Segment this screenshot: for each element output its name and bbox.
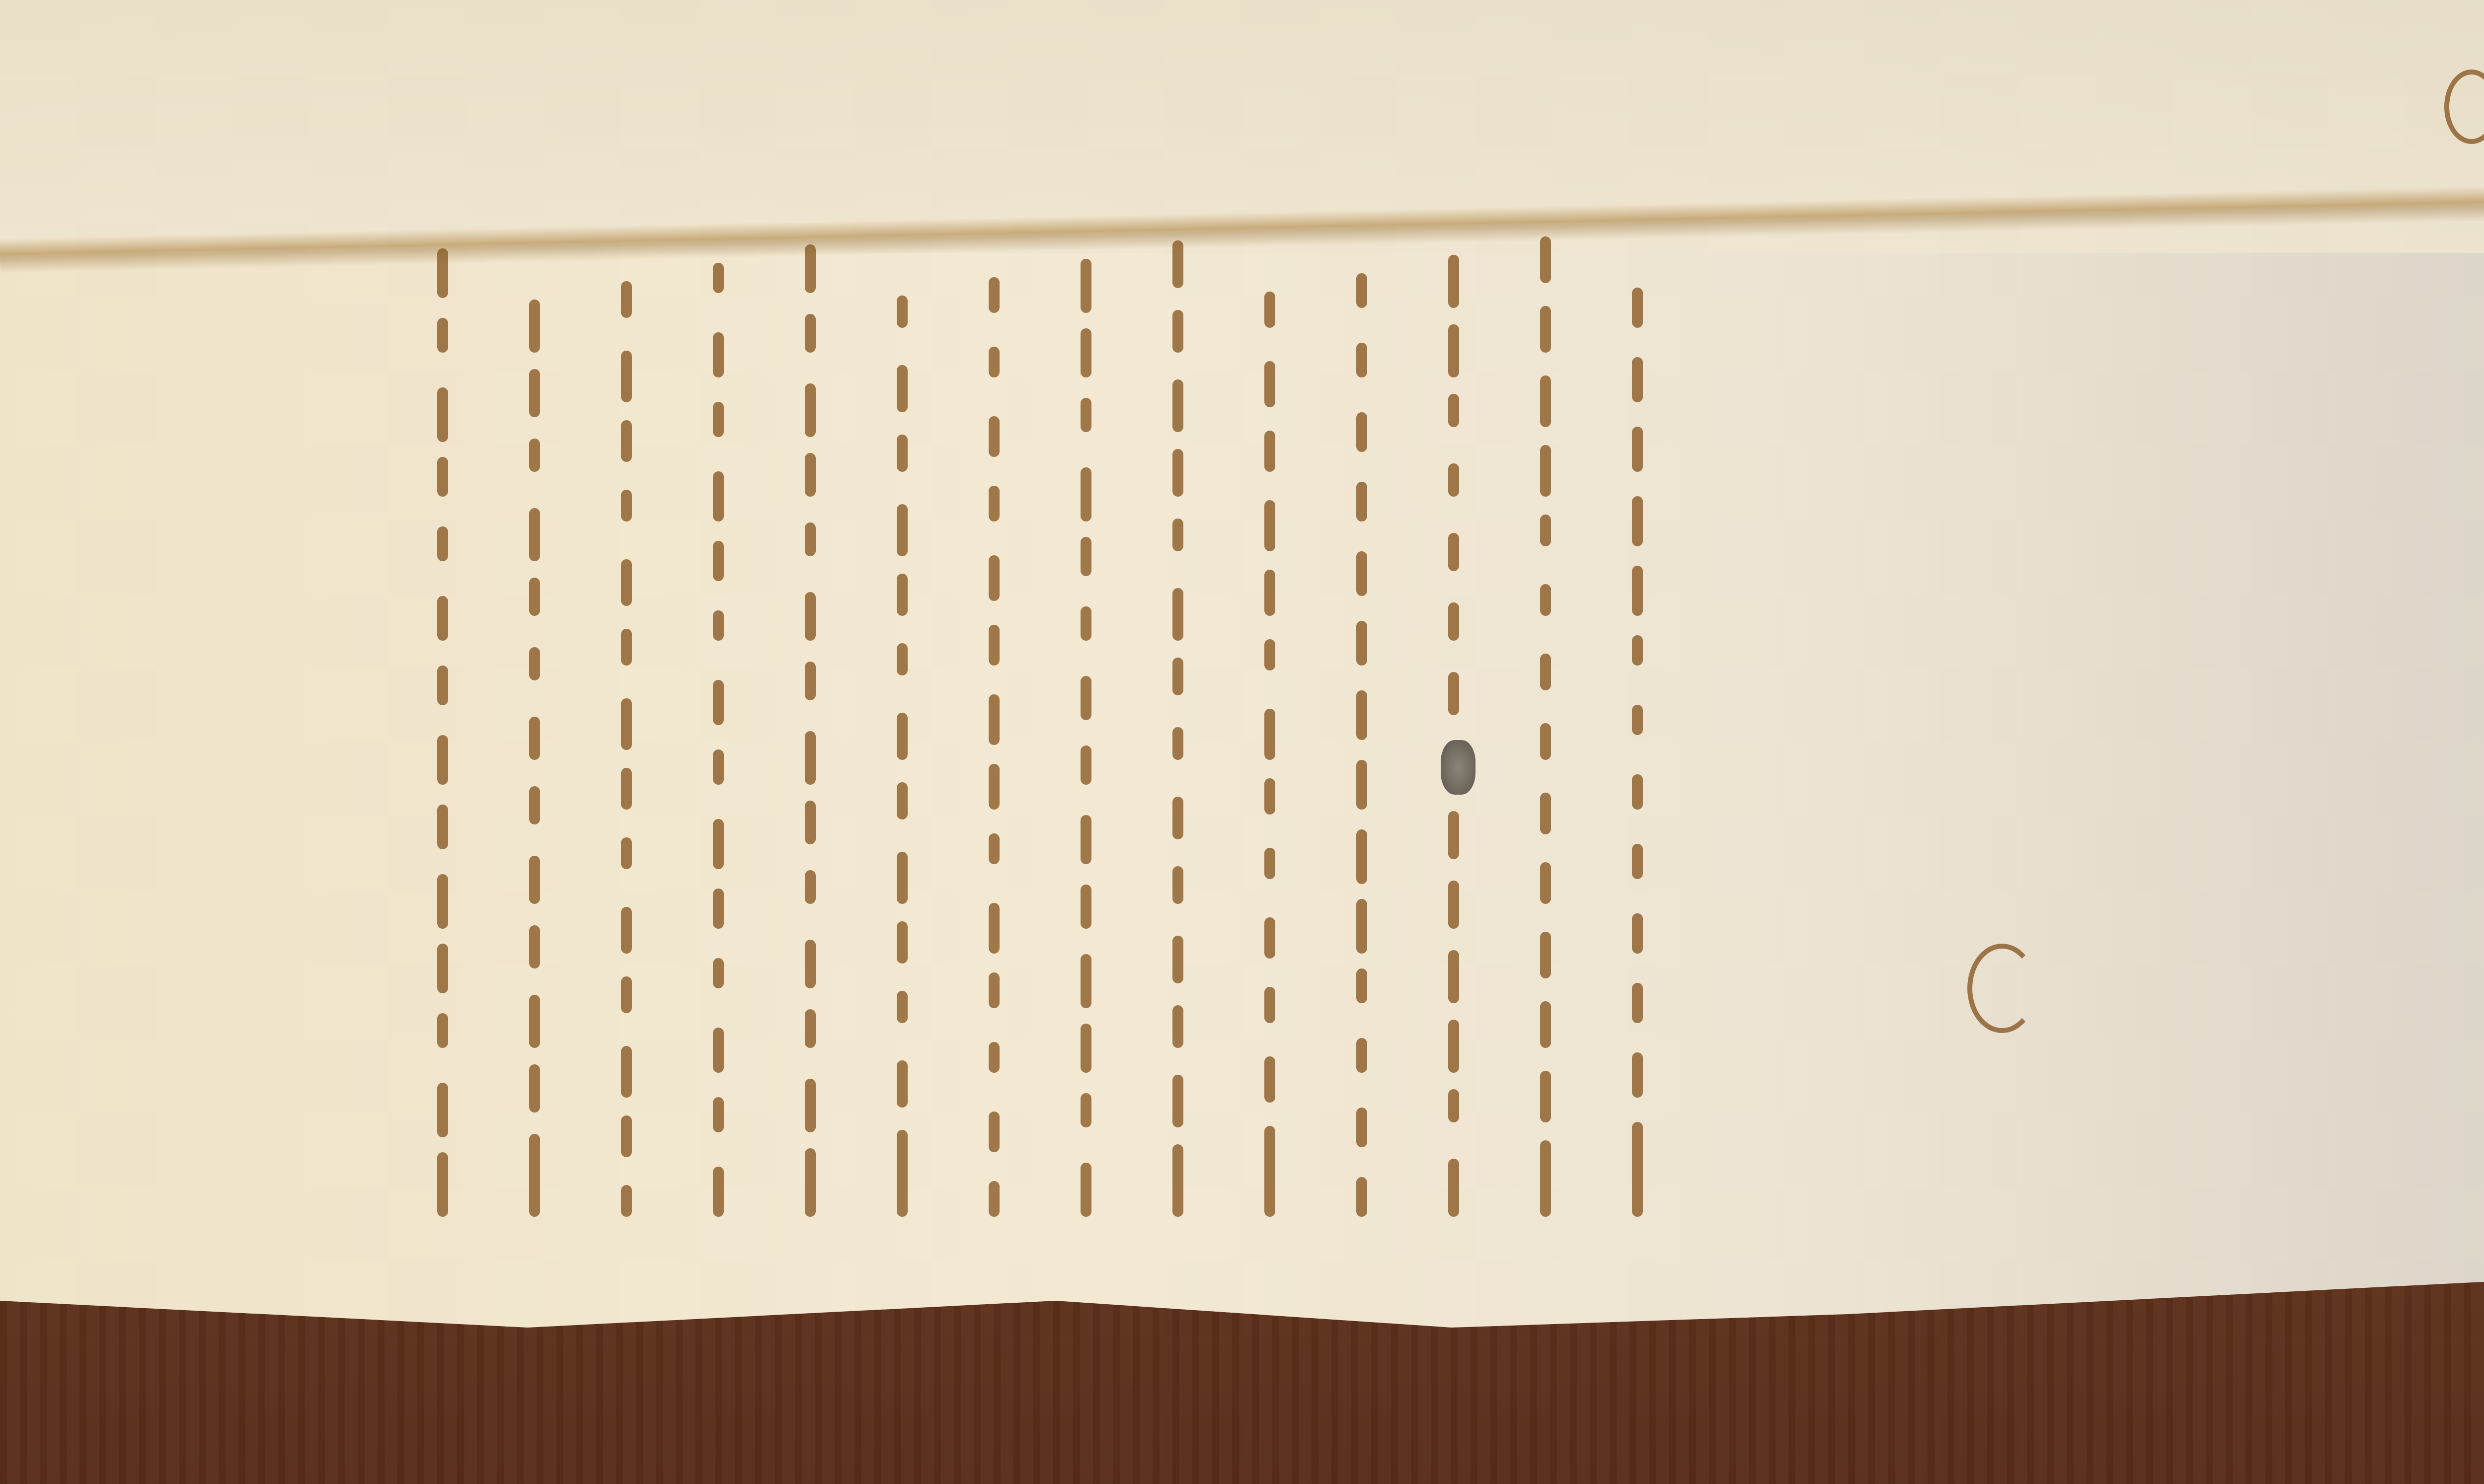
ink-stroke	[1540, 1001, 1551, 1048]
ink-stroke	[713, 332, 724, 377]
ink-stroke	[897, 296, 908, 328]
ink-stroke	[1264, 987, 1275, 1023]
ink-stroke	[529, 995, 540, 1048]
ink-stroke	[1448, 1020, 1459, 1073]
ink-stroke	[1172, 1005, 1183, 1048]
ink-stroke	[1356, 1108, 1367, 1147]
ink-stroke	[1448, 950, 1459, 1003]
ink-stroke	[529, 856, 540, 904]
ink-stroke	[1356, 412, 1367, 452]
ink-stroke	[1632, 983, 1643, 1023]
ink-stroke	[1264, 361, 1275, 407]
ink-stroke	[1356, 829, 1367, 884]
ink-stroke	[621, 629, 632, 666]
ink-stroke	[805, 244, 816, 293]
ink-stroke	[1632, 705, 1643, 735]
ink-stroke	[897, 713, 908, 760]
ink-stroke	[1632, 844, 1643, 879]
ink-stroke	[713, 889, 724, 929]
ink-stroke	[437, 805, 448, 849]
ink-stroke	[897, 1060, 908, 1108]
ink-stroke	[437, 1083, 448, 1137]
ink-stroke	[1540, 654, 1551, 690]
ink-stroke	[897, 782, 908, 819]
ink-stroke	[1448, 672, 1459, 715]
ink-stroke	[1081, 885, 1091, 929]
ink-stroke	[1081, 537, 1091, 576]
ink-stroke	[1172, 797, 1183, 839]
ink-stroke	[897, 1130, 908, 1217]
ink-stroke	[713, 1167, 724, 1217]
ink-stroke	[989, 1042, 1000, 1073]
ink-stroke	[621, 1115, 632, 1157]
ink-stroke	[989, 1112, 1000, 1152]
ink-stroke	[1632, 774, 1643, 810]
ink-stroke	[1081, 815, 1091, 864]
ink-stroke	[437, 387, 448, 442]
ink-stroke	[1448, 1089, 1459, 1122]
ink-stroke	[1264, 1056, 1275, 1103]
ink-stroke	[529, 786, 540, 824]
ink-stroke	[437, 1013, 448, 1048]
ink-stroke	[989, 416, 1000, 457]
ink-stroke	[713, 610, 724, 641]
ink-stroke	[529, 578, 540, 616]
ink-stroke	[529, 1064, 540, 1113]
ink-stroke	[897, 365, 908, 412]
ink-stroke	[1081, 676, 1091, 720]
ink-stroke	[621, 351, 632, 402]
ink-stroke	[1632, 566, 1643, 616]
ink-stroke	[897, 852, 908, 904]
ink-stroke	[805, 383, 816, 437]
ink-stroke	[1264, 709, 1275, 760]
ink-stroke	[621, 1046, 632, 1098]
ink-stroke	[621, 907, 632, 954]
ink-stroke	[805, 731, 816, 785]
ink-stroke	[1632, 288, 1643, 328]
ink-stroke	[989, 833, 1000, 864]
ink-stroke	[1356, 1038, 1367, 1073]
ink-stroke	[621, 1185, 632, 1217]
ink-stroke	[897, 435, 908, 472]
ink-stroke	[1632, 1052, 1643, 1098]
ink-stroke	[1172, 588, 1183, 641]
ink-stroke	[989, 764, 1000, 810]
ink-stroke	[1632, 635, 1643, 666]
ink-stroke	[621, 281, 632, 318]
ink-stroke	[1264, 292, 1275, 328]
ink-stroke	[437, 874, 448, 929]
ink-stroke	[989, 972, 1000, 1008]
ink-stroke	[1264, 500, 1275, 551]
ink-stroke	[621, 976, 632, 1013]
ink-stroke	[1448, 602, 1459, 641]
ink-stroke	[437, 248, 448, 298]
ink-stroke	[529, 299, 540, 353]
ink-stroke	[529, 369, 540, 417]
ink-stroke	[897, 921, 908, 964]
ink-stroke	[897, 504, 908, 556]
ink-stroke	[713, 263, 724, 293]
ink-stroke	[897, 643, 908, 675]
ink-stroke	[989, 277, 1000, 313]
ink-stroke	[1448, 533, 1459, 571]
ink-stroke	[713, 819, 724, 869]
ink-stroke	[1448, 324, 1459, 377]
ink-stroke	[529, 925, 540, 968]
ink-stroke	[1264, 848, 1275, 879]
ink-stroke	[1172, 449, 1183, 497]
ink-stroke	[1540, 932, 1551, 978]
ink-stroke	[437, 1152, 448, 1217]
ink-stroke	[1540, 793, 1551, 834]
ink-stroke	[805, 522, 816, 556]
ink-stroke	[989, 625, 1000, 666]
ink-stroke	[713, 402, 724, 437]
ink-stroke	[1540, 515, 1551, 546]
ink-stroke	[805, 314, 816, 353]
ink-stroke	[1356, 968, 1367, 1003]
ink-stroke	[1540, 584, 1551, 616]
ink-stroke	[1081, 954, 1091, 1008]
ink-stroke	[989, 555, 1000, 601]
ink-stroke	[1448, 881, 1459, 929]
margin-flourish	[1967, 944, 2037, 1033]
ink-stroke	[897, 991, 908, 1023]
ink-stroke	[1540, 236, 1551, 283]
ink-stroke	[529, 647, 540, 680]
seal-mark	[1441, 740, 1475, 795]
ink-stroke	[1172, 1075, 1183, 1127]
ink-stroke	[1172, 310, 1183, 353]
ink-stroke	[989, 486, 1000, 521]
ink-stroke	[1081, 467, 1091, 521]
ink-stroke	[1081, 745, 1091, 785]
ink-stroke	[805, 453, 816, 497]
ink-stroke	[1081, 1024, 1091, 1073]
ink-stroke	[989, 1181, 1000, 1217]
ink-stroke	[713, 680, 724, 725]
ink-stroke	[1448, 463, 1459, 497]
ink-stroke	[529, 1134, 540, 1217]
ink-stroke	[1356, 1177, 1367, 1217]
ink-stroke	[1632, 427, 1643, 472]
ink-stroke	[437, 318, 448, 353]
ink-stroke	[1264, 1126, 1275, 1217]
ink-stroke	[1540, 862, 1551, 904]
ink-stroke	[713, 1097, 724, 1132]
ink-stroke	[621, 490, 632, 521]
ink-stroke	[1356, 621, 1367, 666]
ink-stroke	[437, 666, 448, 705]
ink-stroke	[1264, 778, 1275, 815]
ink-stroke	[1264, 431, 1275, 472]
ink-stroke	[1081, 398, 1091, 432]
ink-stroke	[1540, 1071, 1551, 1122]
ink-stroke	[1540, 306, 1551, 353]
ink-stroke	[805, 870, 816, 904]
ink-stroke	[437, 457, 448, 497]
ink-stroke	[1356, 482, 1367, 521]
ink-stroke	[805, 662, 816, 700]
ink-stroke	[805, 1079, 816, 1132]
ink-stroke	[1264, 570, 1275, 616]
ink-stroke	[1632, 357, 1643, 402]
ink-stroke	[1081, 328, 1091, 377]
ink-stroke	[1356, 273, 1367, 308]
ink-stroke	[713, 471, 724, 521]
ink-stroke	[1356, 690, 1367, 740]
ink-stroke	[1448, 811, 1459, 859]
ink-stroke	[1356, 551, 1367, 596]
ink-stroke	[437, 735, 448, 785]
ink-stroke	[1081, 259, 1091, 313]
ink-stroke	[1172, 936, 1183, 983]
ink-stroke	[1632, 913, 1643, 954]
ink-stroke	[1356, 760, 1367, 810]
ink-stroke	[621, 837, 632, 869]
ink-stroke	[1540, 1140, 1551, 1217]
ink-stroke	[1172, 866, 1183, 904]
ink-stroke	[805, 940, 816, 988]
ink-stroke	[805, 801, 816, 844]
ink-stroke	[1448, 255, 1459, 308]
ink-stroke	[1632, 1122, 1643, 1217]
ink-stroke	[1448, 394, 1459, 427]
ink-stroke	[805, 592, 816, 641]
ink-stroke	[621, 559, 632, 606]
ink-stroke	[1172, 240, 1183, 288]
ink-stroke	[529, 508, 540, 561]
ink-stroke	[1172, 727, 1183, 760]
ink-stroke	[1264, 917, 1275, 959]
ink-stroke	[1081, 606, 1091, 641]
ink-stroke	[989, 347, 1000, 377]
ink-stroke	[621, 768, 632, 810]
ink-stroke	[805, 1009, 816, 1048]
ink-stroke	[897, 574, 908, 616]
ink-stroke	[805, 1148, 816, 1217]
ink-stroke	[1172, 519, 1183, 551]
ink-stroke	[529, 439, 540, 472]
ink-stroke	[1540, 445, 1551, 497]
ink-stroke	[621, 420, 632, 462]
ink-stroke	[437, 944, 448, 993]
ink-stroke	[1081, 1163, 1091, 1217]
ink-stroke	[1172, 658, 1183, 695]
ink-stroke	[1632, 496, 1643, 546]
ink-stroke	[621, 698, 632, 750]
ink-stroke	[713, 1028, 724, 1073]
ink-stroke	[713, 749, 724, 785]
ink-stroke	[437, 526, 448, 561]
ink-stroke	[1172, 1144, 1183, 1217]
ink-stroke	[989, 903, 1000, 954]
ink-stroke	[713, 958, 724, 988]
ink-stroke	[1264, 639, 1275, 670]
ink-stroke	[1172, 379, 1183, 432]
ink-stroke	[1540, 375, 1551, 427]
ink-stroke	[1356, 899, 1367, 954]
ink-stroke	[1356, 343, 1367, 377]
ink-stroke	[437, 596, 448, 641]
ink-stroke	[1448, 1159, 1459, 1217]
ink-stroke	[1540, 723, 1551, 760]
ink-stroke	[989, 694, 1000, 745]
ink-stroke	[529, 717, 540, 760]
ink-stroke	[713, 541, 724, 581]
ink-stroke	[1081, 1093, 1091, 1127]
